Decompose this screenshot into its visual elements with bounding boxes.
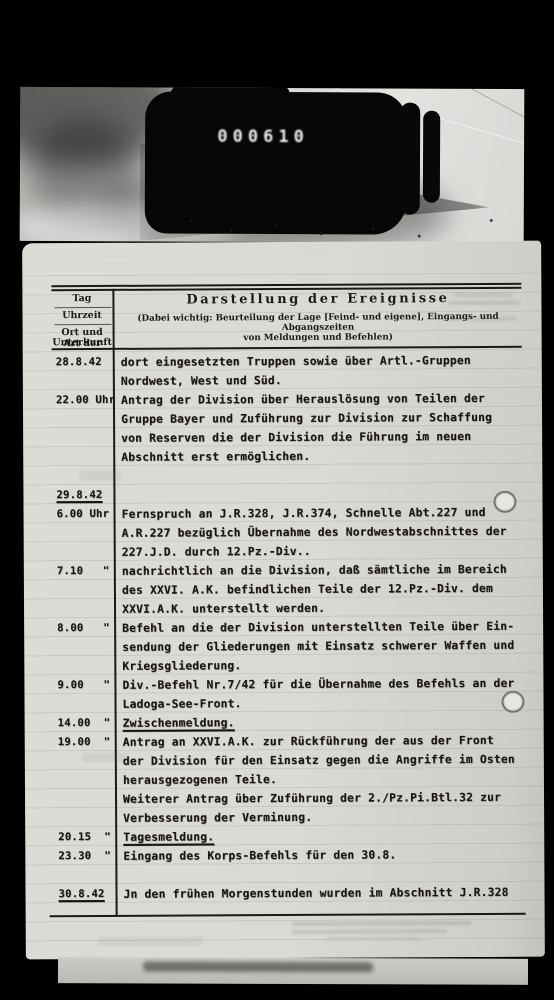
table-row: 29.8.42 [52,484,522,505]
event-cell: Nordwest, West und Süd. [121,370,522,391]
event-cell: der Division für den Einsatz gegen die A… [123,750,524,771]
bleedthrough-text [447,301,519,305]
toner-speck [372,227,375,230]
event-cell: XXVI.A.K. unterstellt werden. [122,598,523,619]
header-col1-uhrzeit: Uhrzeit [51,310,112,321]
counter-knob [400,103,420,215]
event-cell: von Reserven die der Division die Führun… [121,427,522,448]
event-cell: Kriegsgliederung. [122,655,523,676]
time-cell [54,809,123,828]
time-cell [53,638,122,657]
event-cell: Verbesserung der Verminung. [123,807,524,828]
scanned-war-diary-page: 000610 Tag Uhrzeit Ort und Art der Unter… [0,0,554,1000]
header-subtitle-line2: von Meldungen und Befehlen) [115,332,522,344]
time-cell [53,581,122,600]
table-row: Verbesserung der Verminung. [54,807,524,828]
table-row: Gruppe Bayer und Zuführung zur Division … [52,408,522,429]
footnote-ghost [292,929,447,934]
time-cell [54,771,123,790]
time-cell: 29.8.42 [52,486,121,505]
table-row: Abschnitt erst ermöglichen. [52,446,522,467]
header-col1-unterkunft: Unterkunft [52,337,113,348]
event-cell: des XXVI. A.K. befindlichen Teile der 12… [122,579,523,600]
hole-punch [493,491,516,513]
pencil-smudge [83,753,127,762]
time-cell: 8.00 " [53,619,122,638]
time-cell [53,657,122,676]
event-cell: Eingang des Korps-Befehls für den 30.8. [123,845,524,866]
time-cell [53,695,122,714]
handwriting-smudge [143,961,373,972]
table-row: 8.00 "Befehl an die der Division unterst… [53,617,523,638]
event-cell: Abschnitt erst ermöglichen. [121,446,522,467]
microfilm-photo-strip: 000610 [20,87,525,243]
toner-speck [490,219,493,222]
table-row: 28.8.42dort eingesetzten Truppen sowie ü… [52,351,522,372]
table-row: A.R.227 bezüglich Übernahme des Nordwest… [53,522,523,543]
time-cell [53,543,122,562]
document-page: Tag Uhrzeit Ort und Art der Unterkunft D… [22,241,545,960]
table-row: herausgezogenen Teile. [54,769,524,790]
event-cell: A.R.227 bezüglich Übernahme des Nordwest… [122,522,523,543]
toner-speck [320,232,323,235]
time-cell [52,410,121,429]
time-cell: 19.00 " [54,733,123,752]
header-col1-tag: Tag [51,293,112,304]
footnote-ghost [326,937,421,940]
event-cell: Gruppe Bayer und Zuführung zur Division … [121,408,522,429]
counter-digits: 000610 [168,120,358,155]
time-cell: 30.8.42 [54,885,123,904]
table-row: 6.00 UhrFernspruch an J.R.328, J.R.374, … [53,503,523,524]
table-row: 7.10 "nachrichtlich an die Division, daß… [53,560,523,581]
time-cell [53,600,122,619]
event-cell [121,484,522,505]
time-cell [52,429,121,448]
time-cell: 28.8.42 [52,353,121,372]
table-row: Ladoga-See-Front. [53,693,523,714]
table-row: 14.00 "Zwischenmeldung. [54,712,524,733]
toner-speck [418,235,421,238]
time-cell [52,372,121,391]
table-row: XXVI.A.K. unterstellt werden. [53,598,523,619]
diary-entries: 28.8.42dort eingesetzten Truppen sowie ü… [52,351,525,904]
event-cell: Weiterer Antrag über Zuführung der 2./Pz… [123,788,524,809]
counter-knob [423,111,440,203]
time-cell: 20.15 " [54,828,123,847]
table-row: Weiterer Antrag über Zuführung der 2./Pz… [54,788,524,809]
time-cell: 7.10 " [53,562,122,581]
time-cell [52,448,121,467]
table-row: 30.8.42Jn den frühen Morgenstunden wurde… [54,883,524,904]
pencil-smudge [79,471,121,481]
hole-punch [501,691,524,713]
table-row: Nordwest, West und Süd. [52,370,522,391]
event-cell: Antrag an XXVI.A.K. zur Rückführung der … [123,731,524,752]
header-subtitle-line1: (Dabei wichtig: Beurteilung der Lage [Fe… [114,312,521,334]
table-row: 22.00 UhrAntrag der Division über Heraus… [52,389,522,410]
table-row: sendung der Gliederungen mit Einsatz sch… [53,636,523,657]
event-cell: Jn den frühen Morgenstunden wurden im Ab… [123,883,524,904]
event-cell: Befehl an die der Division unterstellten… [122,617,523,638]
table-row: 20.15 "Tagesmeldung. [54,826,524,847]
time-cell: 6.00 Uhr [53,505,122,524]
event-cell: Ladoga-See-Front. [122,693,523,714]
time-cell [53,524,122,543]
event-cell: Zwischenmeldung. [123,712,524,733]
event-cell: Tagesmeldung. [123,826,524,847]
time-cell [54,790,123,809]
event-cell: sendung der Gliederungen mit Einsatz sch… [122,636,523,657]
table-row: von Reserven die der Division die Führun… [52,427,522,448]
bleedthrough-text [451,317,517,321]
toner-speck [275,224,278,227]
time-cell: 14.00 " [54,714,123,733]
event-cell: Div.-Befehl Nr.7/42 für die Übernahme de… [122,674,523,695]
underlying-sheet-edge [58,957,528,985]
table-row: 9.00 "Div.-Befehl Nr.7/42 für die Überna… [53,674,523,695]
toner-speck [190,220,193,223]
table-row: 227.J.D. durch 12.Pz.-Div.. [53,541,523,562]
toner-speck [230,229,233,232]
page-counter-device [145,91,408,234]
event-cell: nachrichtlich an die Division, daß sämtl… [122,560,523,581]
paper-crease [447,87,525,128]
table-row: 23.30 "Eingang des Korps-Befehls für den… [54,845,524,866]
event-cell: Antrag der Division über Herauslösung vo… [121,389,522,410]
footnote-ghost [98,936,203,946]
table-row: Kriegsgliederung. [53,655,523,676]
time-cell: 9.00 " [53,676,122,695]
event-cell: dort eingesetzten Truppen sowie über Art… [121,351,522,372]
table-row: des XXVI. A.K. befindlichen Teile der 12… [53,579,523,600]
event-cell: herausgezogenen Teile. [123,769,524,790]
table-row: 19.00 "Antrag an XXVI.A.K. zur Rückführu… [54,731,524,752]
bleedthrough-text [454,293,512,297]
time-cell: 23.30 " [54,847,123,866]
time-cell: 22.00 Uhr [52,391,121,410]
event-cell: Fernspruch an J.R.328, J.R.374, Schnelle… [121,503,522,524]
event-cell: 227.J.D. durch 12.Pz.-Div.. [122,541,523,562]
